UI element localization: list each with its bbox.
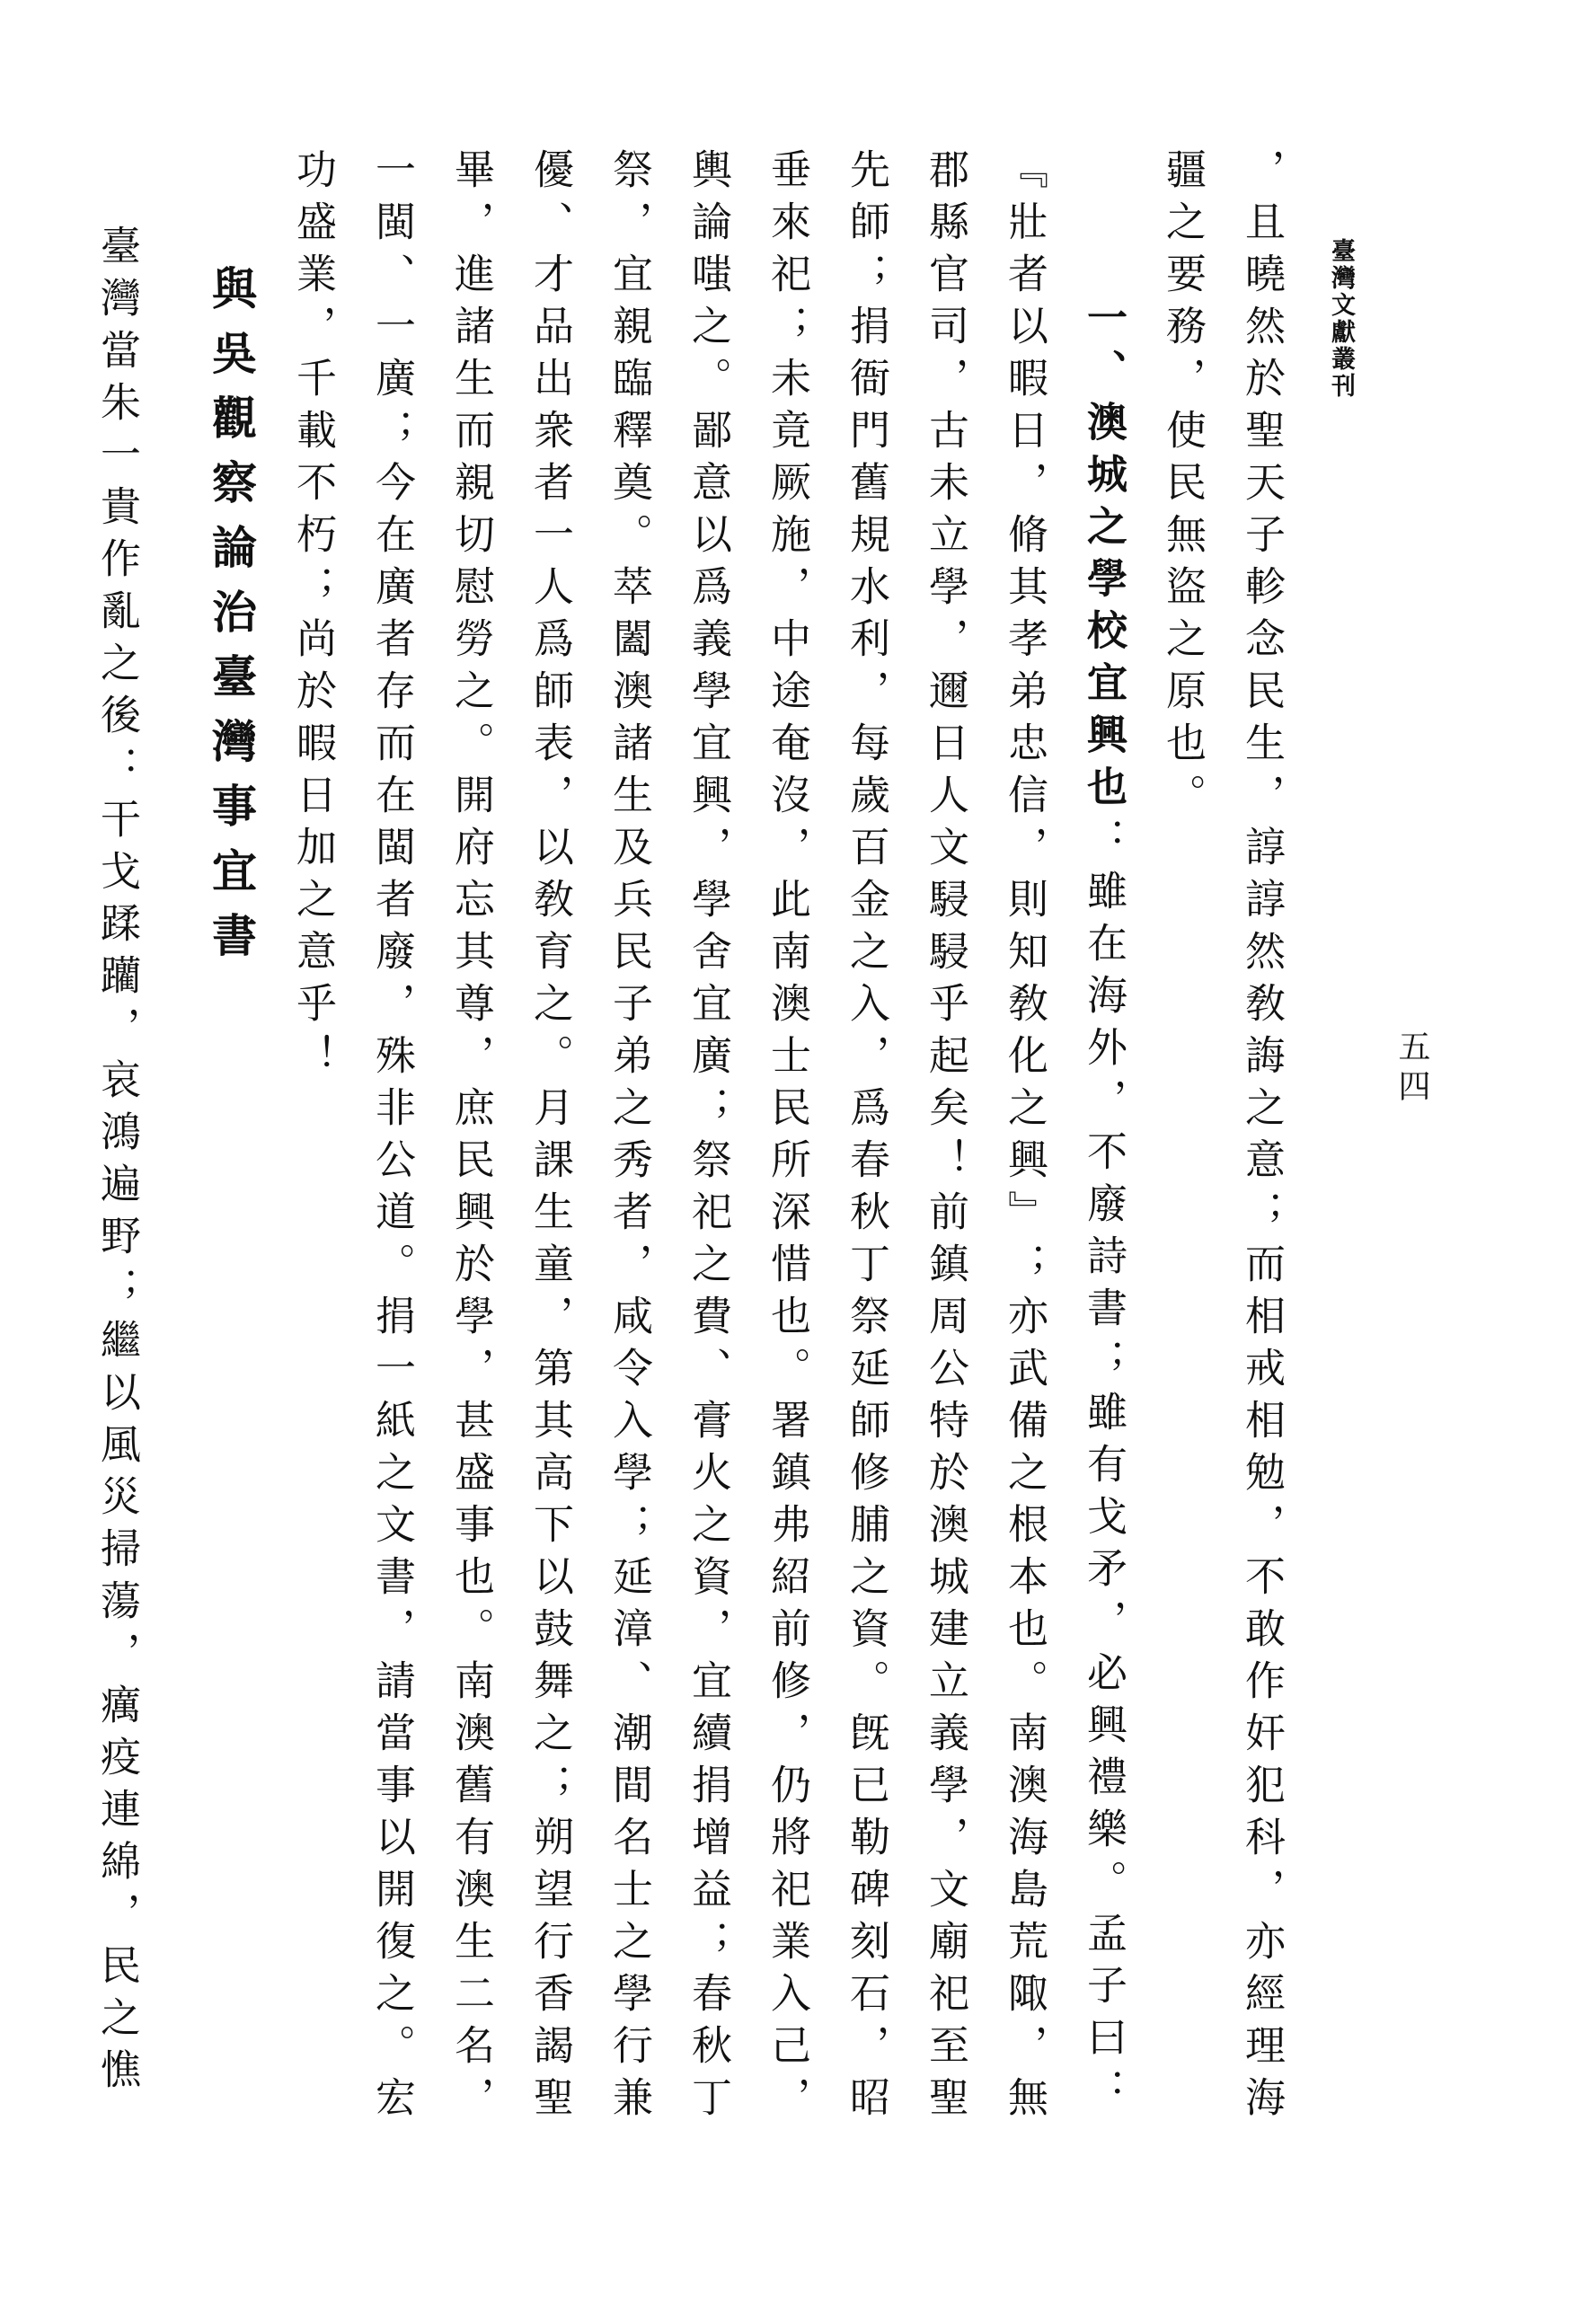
text-column: ，且曉然於聖天子軫念民生，諄諄然敎誨之意；而相戒相勉，不敢作奸犯科，亦經理海: [1242, 148, 1282, 2214]
column-text: 畢，進諸生而親切慰勞之。開府忘其尊，庶民興於學，甚盛事也。南澳舊有澳生二名，: [447, 148, 495, 2128]
series-running-head: 臺灣文獻叢刊: [1322, 238, 1358, 400]
column-text: 先師；捐衙門舊規水利，每歲百金之入，爲春秋丁祭延師修脯之資。旣已勒碑刻石，昭: [843, 148, 890, 2128]
column-text: 輿論嗤之。鄙意以爲義學宜興，學舍宜廣；祭祀之費、膏火之資，宜續捐增益；春秋丁: [685, 148, 732, 2128]
text-column: 垂來祀；未竟厥施，中途奄沒，此南澳士民所深惜也。署鎮弗紹前修，仍將祀業入己，: [767, 148, 808, 2214]
letter-title: 與吳觀察論治臺灣事宜書: [208, 148, 254, 2214]
section-heading: 一、澳城之學校宜興也: [1080, 296, 1128, 817]
text-column-section-heading: 一、澳城之學校宜興也：雖在海外，不廢詩書；雖有戈矛，必興禮樂。孟子曰：: [1083, 148, 1124, 2214]
text-column: 一閩、一廣；今在廣者存而在閩者廢，殊非公道。捐一紙之文書，請當事以開復之。宏: [372, 148, 412, 2214]
column-text: 功盛業，千載不朽；尚於暇日加之意乎！: [289, 148, 337, 1086]
column-text: ，且曉然於聖天子軫念民生，諄諄然敎誨之意；而相戒相勉，不敢作奸犯科，亦經理海: [1238, 148, 1286, 2128]
column-text: 祭，宜親臨釋奠。萃闔澳諸生及兵民子弟之秀者，咸令入學；延漳、潮間名士之學行兼: [606, 148, 653, 2128]
page-number: 五四: [1388, 1029, 1435, 1109]
text-column: 功盛業，千載不朽；尚於暇日加之意乎！: [293, 148, 333, 2214]
column-text: 一閩、一廣；今在廣者存而在閩者廢，殊非公道。捐一紙之文書，請當事以開復之。宏: [368, 148, 416, 2128]
text-column: 臺灣當朱一貴作亂之後：干戈蹂躪，哀鴻遍野；繼以風災掃蕩，癘疫連綿，民之憔: [97, 148, 137, 2214]
text-column: 祭，宜親臨釋奠。萃闔澳諸生及兵民子弟之秀者，咸令入學；延漳、潮間名士之學行兼: [609, 148, 650, 2214]
column-text: 優、才品出衆者一人爲師表，以敎育之。月課生童，第其高下以鼓舞之；朔望行香謁聖: [526, 148, 574, 2128]
text-column: 先師；捐衙門舊規水利，每歲百金之入，爲春秋丁祭延師修脯之資。旣已勒碑刻石，昭: [846, 148, 887, 2214]
column-text: 垂來祀；未竟厥施，中途奄沒，此南澳士民所深惜也。署鎮弗紹前修，仍將祀業入己，: [764, 148, 811, 2128]
text-column: 郡縣官司，古未立學，邇日人文駸駸乎起矣！前鎮周公特於澳城建立義學，文廟祀至聖: [925, 148, 966, 2214]
text-column: 『壯者以暇日，脩其孝弟忠信，則知敎化之興』；亦武備之根本也。南澳海島荒陬，無: [1004, 148, 1045, 2214]
column-text: 臺灣當朱一貴作亂之後：干戈蹂躪，哀鴻遍野；繼以風災掃蕩，癘疫連綿，民之憔: [93, 225, 141, 2100]
column-text: 疆之要務，使民無盜之原也。: [1159, 148, 1207, 826]
text-column: 畢，進諸生而親切慰勞之。開府忘其尊，庶民興於學，甚盛事也。南澳舊有澳生二名，: [451, 148, 491, 2214]
text-column: 優、才品出衆者一人爲師表，以敎育之。月課生童，第其高下以鼓舞之；朔望行香謁聖: [530, 148, 570, 2214]
column-text: 『壯者以暇日，脩其孝弟忠信，則知敎化之興』；亦武備之根本也。南澳海島荒陬，無: [1001, 148, 1048, 2128]
text-column: 疆之要務，使民無盜之原也。: [1163, 148, 1203, 2214]
column-text: 郡縣官司，古未立學，邇日人文駸駸乎起矣！前鎮周公特於澳城建立義學，文廟祀至聖: [922, 148, 969, 2128]
text-column: 輿論嗤之。鄙意以爲義學宜興，學舍宜廣；祭祀之費、膏火之資，宜續捐增益；春秋丁: [688, 148, 729, 2214]
column-text: ：雖在海外，不廢詩書；雖有戈矛，必興禮樂。孟子曰：: [1080, 817, 1128, 2120]
scanned-book-page: 臺灣文獻叢刊 五四 ，且曉然於聖天子軫念民生，諄諄然敎誨之意；而相戒相勉，不敢作…: [0, 0, 1583, 2324]
text-block: ，且曉然於聖天子軫念民生，諄諄然敎誨之意；而相戒相勉，不敢作奸犯科，亦經理海 疆…: [58, 148, 1282, 2214]
